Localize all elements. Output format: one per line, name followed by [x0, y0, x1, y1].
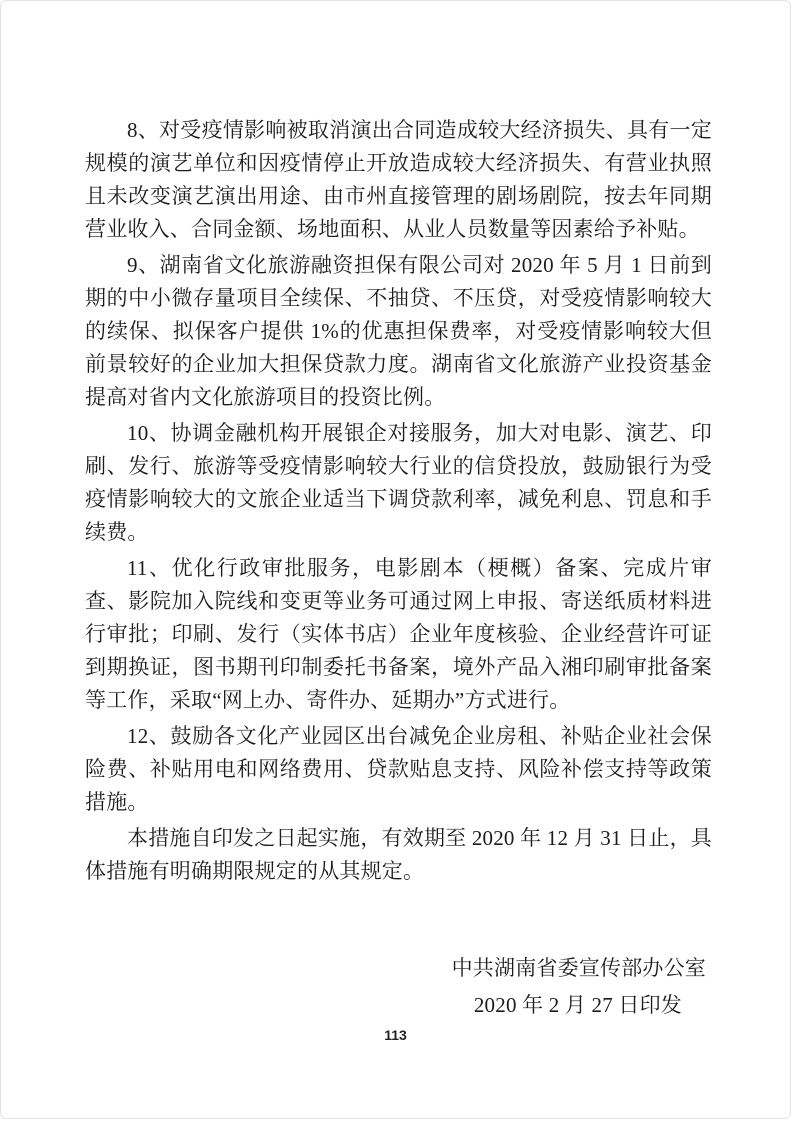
paragraph-9: 9、湖南省文化旅游融资担保有限公司对 2020 年 5 月 1 日前到期的中小微…: [85, 249, 712, 414]
document-page: 8、对受疫情影响被取消演出合同造成较大经济损失、具有一定规模的演艺单位和因疫情停…: [0, 0, 791, 1119]
document-body: 8、对受疫情影响被取消演出合同造成较大经济损失、具有一定规模的演艺单位和因疫情停…: [85, 114, 712, 1024]
paragraph-12: 12、鼓励各文化产业园区出台减免企业房租、补贴企业社会保险费、补贴用电和网络费用…: [85, 720, 712, 819]
paragraph-11: 11、优化行政审批服务，电影剧本（梗概）备案、完成片审查、影院加入院线和变更等业…: [85, 552, 712, 717]
paragraph-validity: 本措施自印发之日起实施，有效期至 2020 年 12 月 31 日止，具体措施有…: [85, 822, 712, 888]
paragraph-10: 10、协调金融机构开展银企对接服务，加大对电影、演艺、印刷、发行、旅游等受疫情影…: [85, 417, 712, 549]
paragraph-8: 8、对受疫情影响被取消演出合同造成较大经济损失、具有一定规模的演艺单位和因疫情停…: [85, 114, 712, 246]
signature-block: 中共湖南省委宣传部办公室 2020 年 2 月 27 日印发: [85, 950, 712, 1024]
page-number: 113: [1, 1027, 790, 1043]
signature-issuer: 中共湖南省委宣传部办公室: [85, 950, 712, 987]
signature-date: 2020 年 2 月 27 日印发: [85, 987, 712, 1024]
